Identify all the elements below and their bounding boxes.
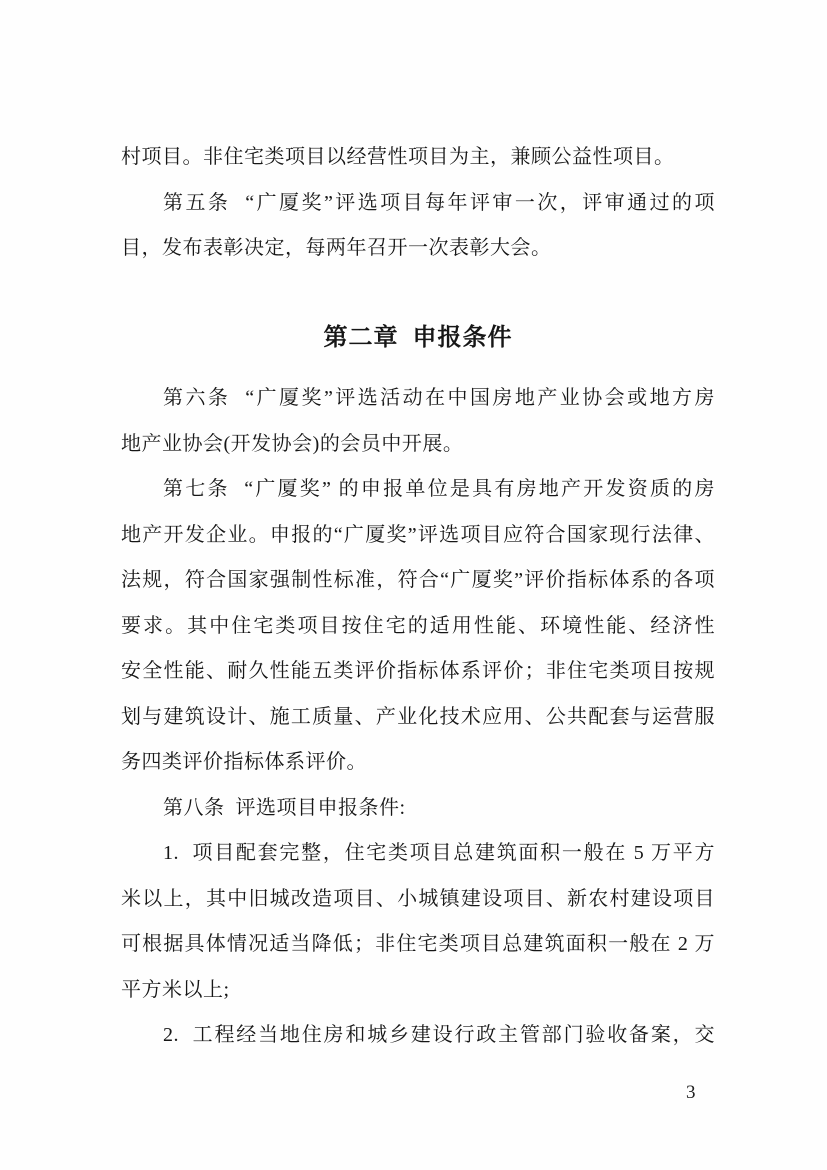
body-line: 安全性能、耐久性能五类评价指标体系评价；非住宅类项目按规 [121, 649, 715, 695]
body-line: 平方米以上; [121, 968, 715, 1014]
document-page: 村项目。非住宅类项目以经营性项目为主，兼顾公益性项目。 第五条 “广厦奖”评选项… [0, 0, 827, 1170]
body-line: 第七条 “广厦奖” 的申报单位是具有房地产开发资质的房 [121, 467, 715, 513]
body-line: 第六条 “广厦奖”评选活动在中国房地产业协会或地方房 [121, 376, 715, 422]
chapter-heading: 第二章 申报条件 [121, 316, 715, 362]
body-line: 可根据具体情况适当降低；非住宅类项目总建筑面积一般在 2 万 [121, 922, 715, 968]
body-line: 米以上，其中旧城改造项目、小城镇建设项目、新农村建设项目 [121, 877, 715, 923]
body-line: 第八条 评选项目申报条件: [121, 786, 715, 832]
page-number: 3 [686, 1081, 696, 1105]
body-line: 第五条 “广厦奖”评选项目每年评审一次，评审通过的项 [121, 181, 715, 227]
body-line: 划与建筑设计、施工质量、产业化技术应用、公共配套与运营服 [121, 695, 715, 741]
body-line: 地产业协会(开发协会)的会员中开展。 [121, 422, 715, 468]
body-line: 要求。其中住宅类项目按住宅的适用性能、环境性能、经济性能、 [121, 604, 715, 650]
body-line: 务四类评价指标体系评价。 [121, 740, 715, 786]
body-line: 目，发布表彰决定，每两年召开一次表彰大会。 [121, 226, 715, 272]
body-line: 1. 项目配套完整，住宅类项目总建筑面积一般在 5 万平方 [121, 831, 715, 877]
body-line: 地产开发企业。申报的“广厦奖”评选项目应符合国家现行法律、 [121, 513, 715, 559]
body-line: 村项目。非住宅类项目以经营性项目为主，兼顾公益性项目。 [121, 135, 715, 181]
body-line: 法规，符合国家强制性标准，符合“广厦奖”评价指标体系的各项 [121, 558, 715, 604]
body-line: 2. 工程经当地住房和城乡建设行政主管部门验收备案，交 [121, 1013, 715, 1059]
